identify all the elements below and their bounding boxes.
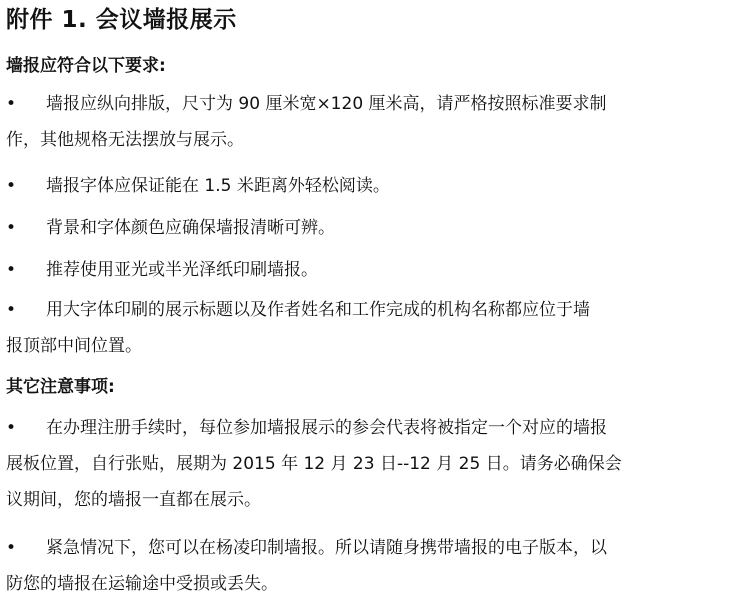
list-item-text: 推荐使用亚光或半光泽纸印刷墙报。 — [46, 260, 318, 280]
page-title: 附件 1. 会议墙报展示 — [6, 4, 237, 36]
bullet-icon: • — [6, 530, 46, 566]
list-item-text: 报顶部中间位置。 — [6, 336, 142, 356]
list-item: •用大字体印刷的展示标题以及作者姓名和工作完成的机构名称都应位于墙 报顶部中间位… — [6, 292, 744, 364]
list-item-text: 墙报应纵向排版，尺寸为 90 厘米宽×120 厘米高，请严格按照标准要求制 — [46, 94, 607, 114]
section-heading-other-notes: 其它注意事项: — [6, 375, 115, 399]
list-item-text: 在办理注册手续时，每位参加墙报展示的参会代表将被指定一个对应的墙报 — [46, 418, 607, 438]
bullet-icon: • — [6, 252, 46, 288]
list-item-text: 作，其他规格无法摆放与展示。 — [6, 130, 244, 150]
list-item-text: 防您的墙报在运输途中受损或丢失。 — [6, 574, 278, 594]
document-page: 附件 1. 会议墙报展示 墙报应符合以下要求: •墙报应纵向排版，尺寸为 90 … — [0, 0, 750, 614]
bullet-icon: • — [6, 168, 46, 204]
bullet-icon: • — [6, 210, 46, 246]
list-item: •背景和字体颜色应确保墙报清晰可辨。 — [6, 210, 744, 246]
list-item-text: 展板位置，自行张贴，展期为 2015 年 12 月 23 日--12 月 25 … — [6, 454, 622, 474]
list-item-text: 用大字体印刷的展示标题以及作者姓名和工作完成的机构名称都应位于墙 — [46, 300, 590, 320]
list-item-text: 背景和字体颜色应确保墙报清晰可辨。 — [46, 218, 335, 238]
list-item: •在办理注册手续时，每位参加墙报展示的参会代表将被指定一个对应的墙报 展板位置，… — [6, 410, 744, 518]
list-item: •推荐使用亚光或半光泽纸印刷墙报。 — [6, 252, 744, 288]
bullet-icon: • — [6, 86, 46, 122]
section-heading-requirements: 墙报应符合以下要求: — [6, 54, 166, 78]
bullet-icon: • — [6, 292, 46, 328]
list-item: •紧急情况下，您可以在杨凌印制墙报。所以请随身携带墙报的电子版本，以 防您的墙报… — [6, 530, 744, 602]
list-item-text: 墙报字体应保证能在 1.5 米距离外轻松阅读。 — [46, 176, 390, 196]
list-item-text: 议期间，您的墙报一直都在展示。 — [6, 490, 261, 510]
list-item-text: 紧急情况下，您可以在杨凌印制墙报。所以请随身携带墙报的电子版本，以 — [46, 538, 607, 558]
list-item: •墙报字体应保证能在 1.5 米距离外轻松阅读。 — [6, 168, 744, 204]
bullet-icon: • — [6, 410, 46, 446]
list-item: •墙报应纵向排版，尺寸为 90 厘米宽×120 厘米高，请严格按照标准要求制 作… — [6, 86, 744, 158]
